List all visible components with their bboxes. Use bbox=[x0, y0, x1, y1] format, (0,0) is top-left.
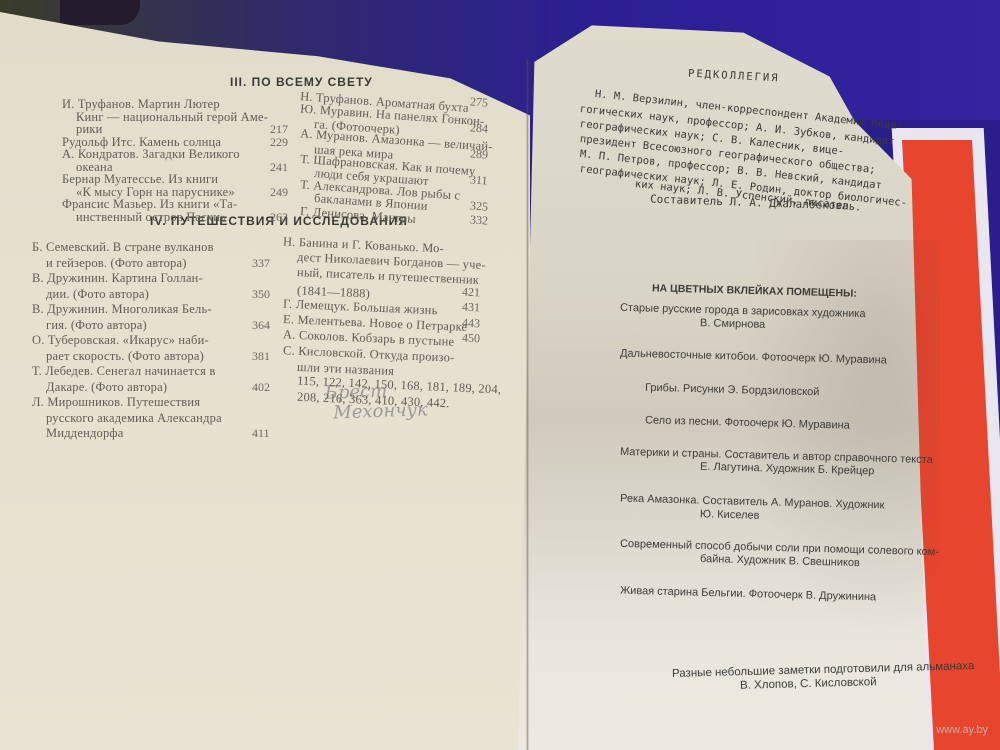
book-gutter bbox=[526, 60, 529, 750]
page-number: 421 bbox=[462, 284, 481, 300]
toc-entry-line: Миддендорфа bbox=[46, 426, 123, 441]
toc-entry-line: В. Дружинин. Многоликая Бель- bbox=[32, 302, 212, 317]
toc-entry-line: Л. Мирошников. Путешествия bbox=[32, 395, 200, 410]
page-number: 289 bbox=[469, 146, 488, 162]
page-number: 443 bbox=[462, 315, 481, 331]
page-number: 332 bbox=[469, 212, 488, 228]
page-number: 241 bbox=[270, 160, 288, 175]
page-number: 263 bbox=[270, 210, 288, 225]
toc-entry-line: Кинг — национальный герой Аме- bbox=[76, 110, 268, 125]
toc-entry-line: гия. (Фото автора) bbox=[46, 318, 147, 333]
toc-entry-line: дии. (Фото автора) bbox=[46, 287, 149, 302]
page-number: 402 bbox=[252, 380, 270, 395]
page-number: 284 bbox=[469, 120, 488, 136]
page-number: 229 bbox=[270, 135, 288, 150]
page-number: 431 bbox=[462, 300, 481, 316]
watermark: www.ay.by bbox=[936, 724, 988, 736]
page-number: 249 bbox=[270, 185, 288, 200]
toc-entry-line: русского академика Александра bbox=[46, 411, 222, 426]
toc-entry-line: Дакаре. (Фото автора) bbox=[46, 380, 167, 395]
page-number: 364 bbox=[252, 318, 270, 333]
toc-entry-line: рает скорость. (Фото автора) bbox=[46, 349, 204, 364]
page-number: 381 bbox=[252, 349, 270, 364]
page-number: 311 bbox=[469, 172, 488, 188]
page-number: 450 bbox=[462, 331, 481, 347]
toc-entry-line: инственный остров Пасхи» bbox=[76, 210, 227, 225]
page-number: 411 bbox=[252, 426, 270, 441]
toc-entry-line: Т. Лебедев. Сенегал начинается в bbox=[32, 364, 215, 379]
toc-entry-line: Б. Семевский. В стране вулканов bbox=[32, 240, 214, 255]
toc-entry-line: В. Дружинин. Картина Голлан- bbox=[32, 271, 203, 286]
color-insert-line: Ю. Киселев bbox=[700, 508, 760, 522]
background-object bbox=[60, 0, 140, 25]
page-number: 275 bbox=[469, 94, 488, 110]
toc-entry-line: и гейзеров. (Фото автора) bbox=[46, 256, 187, 271]
section-heading-3: III. ПО ВСЕМУ СВЕТУ bbox=[230, 75, 373, 89]
page-number: 350 bbox=[252, 287, 270, 302]
toc-entry-line: О. Туберовская. «Икарус» наби- bbox=[32, 333, 209, 348]
color-insert-line: В. Смирнова bbox=[700, 317, 766, 331]
page-number: 337 bbox=[252, 256, 270, 271]
